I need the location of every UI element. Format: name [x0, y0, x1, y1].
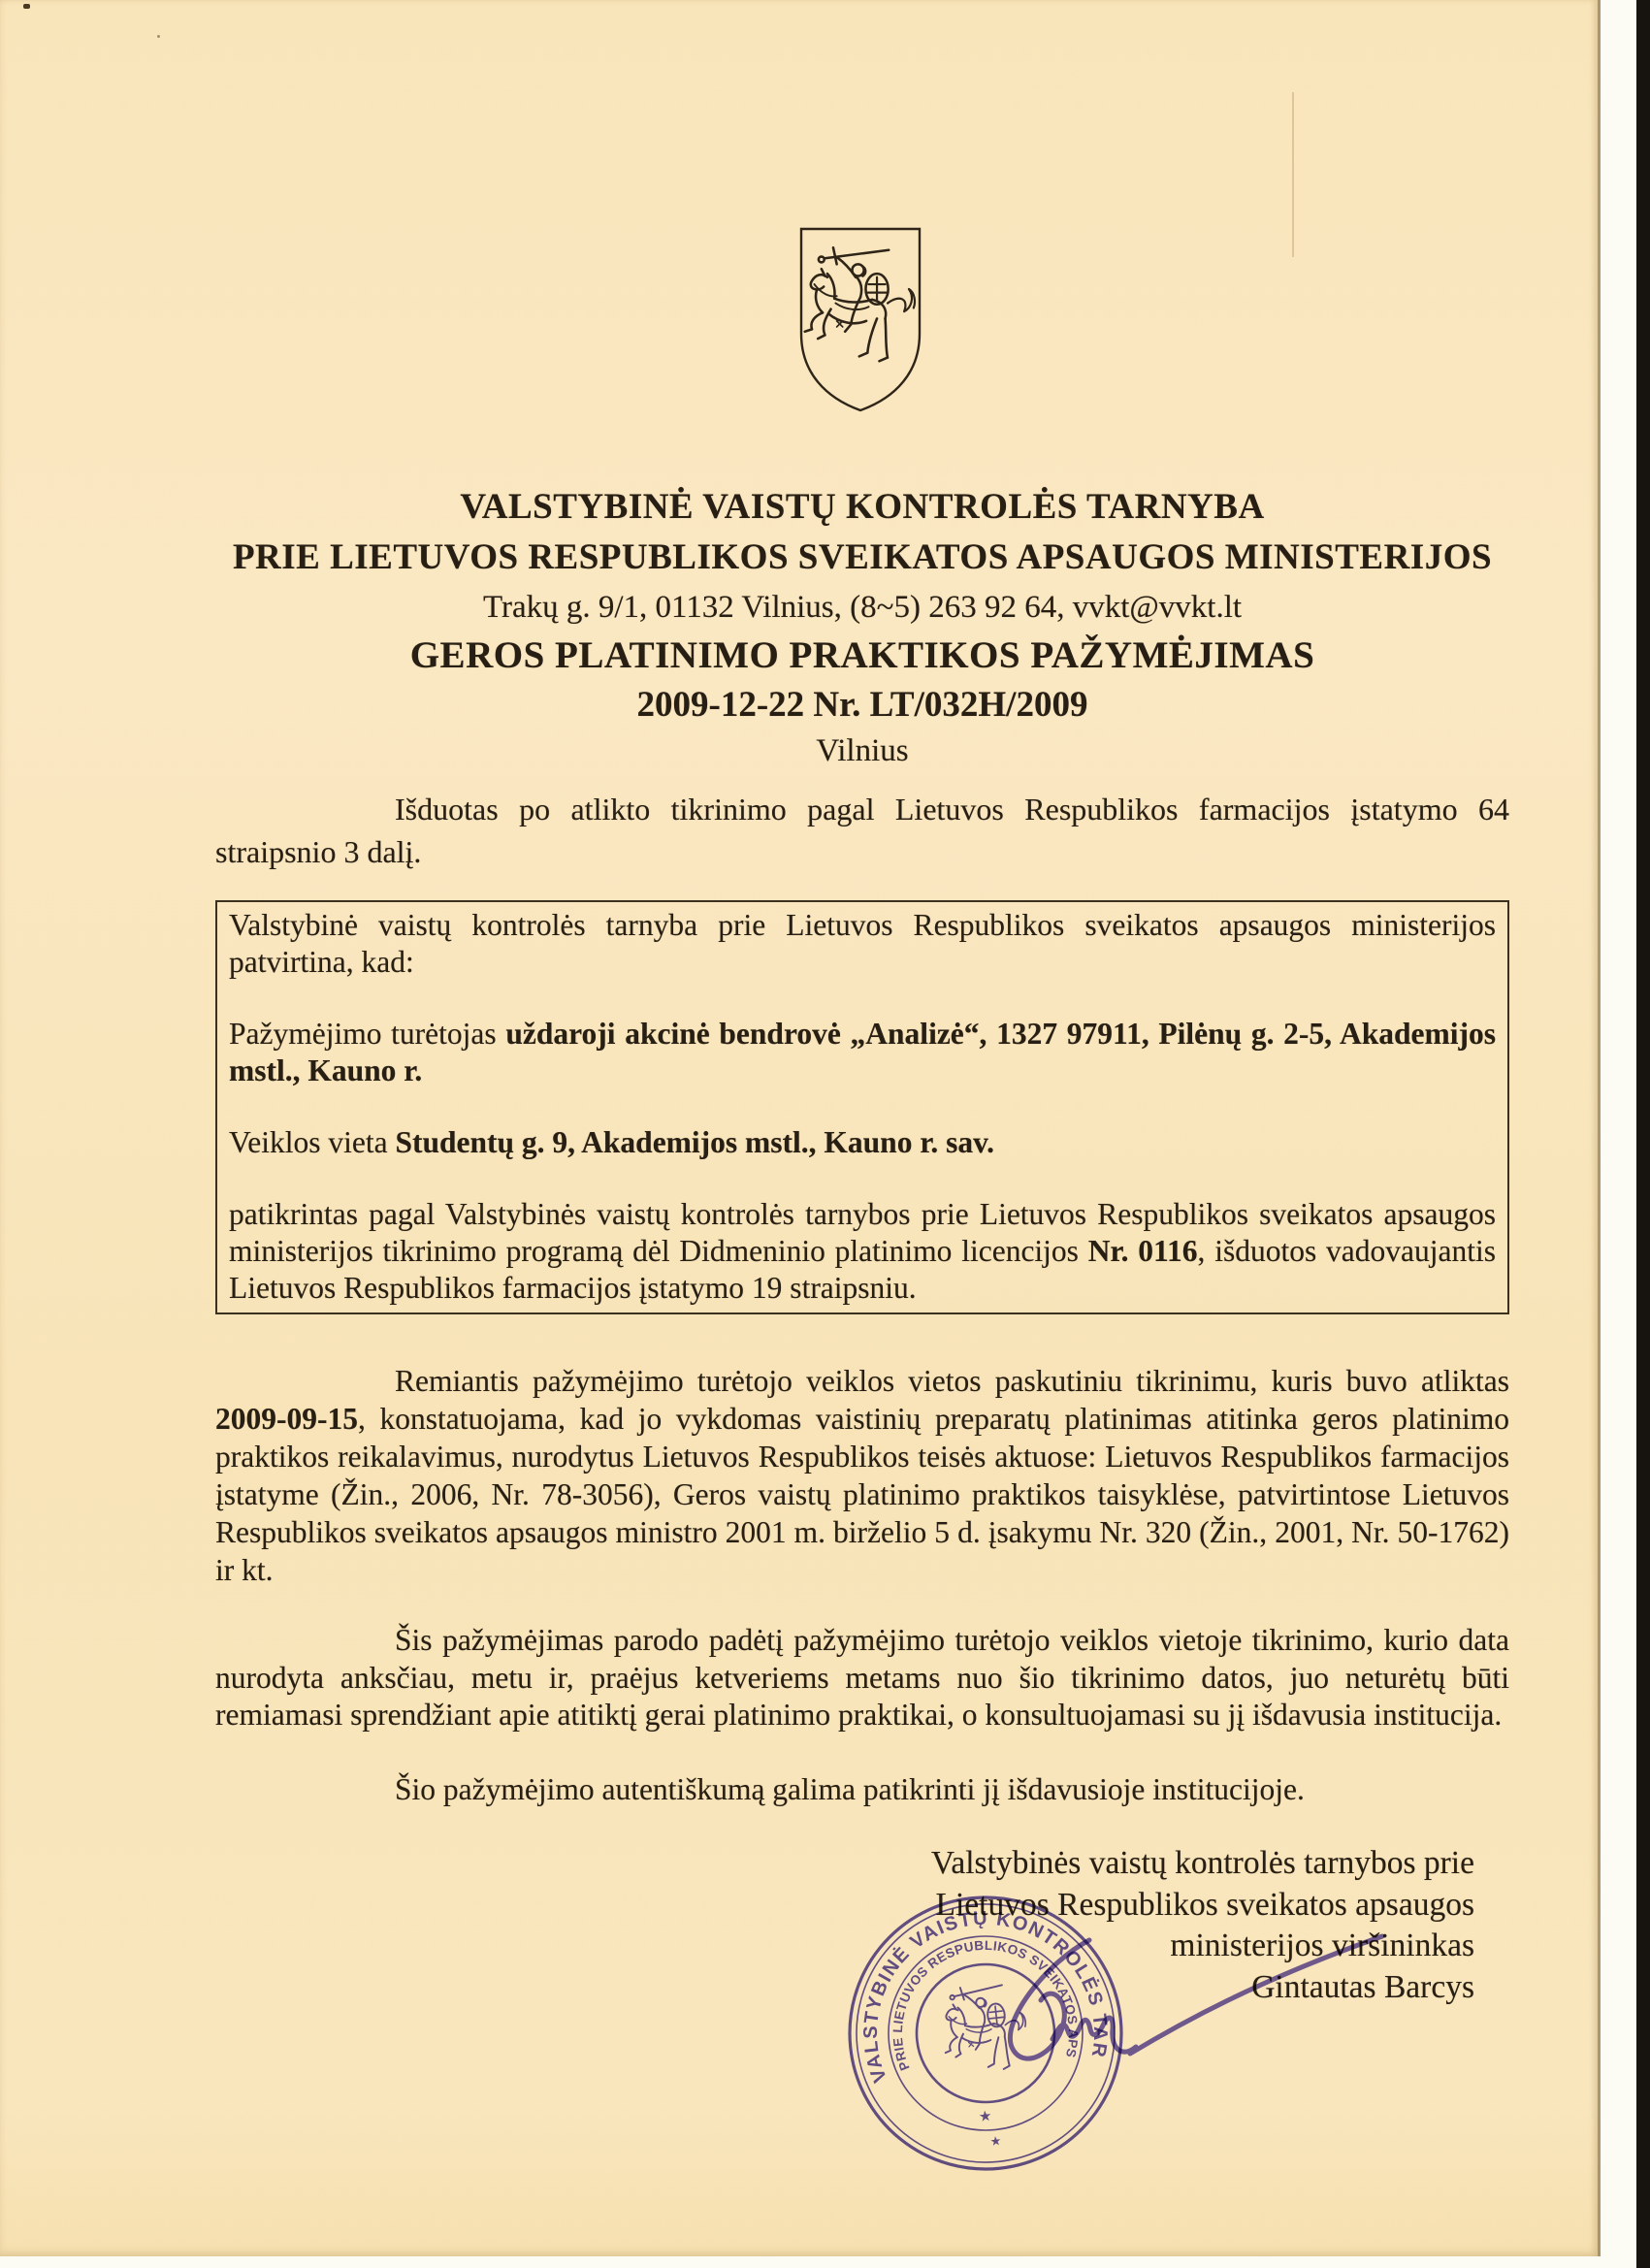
stamp-star-icon: ★	[978, 2109, 992, 2125]
license-number: Nr. 0116	[1088, 1234, 1198, 1268]
box-paragraph-confirms: Valstybinė vaistų kontrolės tarnyba prie…	[229, 907, 1496, 981]
stamp-star-icon: ★	[989, 2133, 1002, 2149]
inspection-text-prefix: Remiantis pažymėjimo turėtojo veiklos vi…	[395, 1364, 1509, 1398]
vytis-coat-of-arms-icon	[788, 219, 933, 423]
document-city: Vilnius	[215, 729, 1509, 773]
scanner-edge	[1636, 0, 1650, 2268]
document-title: GEROS PLATINIMO PRAKTIKOS PAŽYMĖJIMAS	[215, 631, 1509, 681]
document-title-block: GEROS PLATINIMO PRAKTIKOS PAŽYMĖJIMAS 20…	[215, 631, 1509, 773]
intro-paragraph: Išduotas po atlikto tikrinimo pagal Liet…	[215, 788, 1509, 873]
inspection-date: 2009-09-15	[215, 1402, 358, 1436]
signer-org-line1: Valstybinės vaistų kontrolės tarnybos pr…	[215, 1843, 1474, 1885]
org-name-line2: PRIE LIETUVOS RESPUBLIKOS SVEIKATOS APSA…	[215, 533, 1509, 583]
document-number: 2009-12-22 Nr. LT/032H/2009	[215, 681, 1509, 729]
holder-label: Pažymėjimo turėtojas	[229, 1017, 505, 1051]
org-name-line1: VALSTYBINĖ VAISTŲ KONTROLĖS TARNYBA	[215, 482, 1509, 533]
box-paragraph-holder: Pažymėjimo turėtojas uždaroji akcinė ben…	[229, 1016, 1496, 1089]
body-paragraph-inspection: Remiantis pažymėjimo turėtojo veiklos vi…	[215, 1362, 1509, 1589]
box-paragraph-license: patikrintas pagal Valstybinės vaistų kon…	[229, 1196, 1496, 1307]
org-address: Trakų g. 9/1, 01132 Vilnius, (8~5) 263 9…	[215, 583, 1509, 632]
scan-artifact-line	[1292, 92, 1294, 257]
site-label: Veiklos vieta	[229, 1125, 395, 1159]
certificate-paper: VALSTYBINĖ VAISTŲ KONTROLĖS TARNYBA PRIE…	[0, 0, 1601, 2256]
site-address: Studentų g. 9, Akademijos mstl., Kauno r…	[395, 1125, 994, 1159]
scan-speck	[23, 4, 30, 9]
body-paragraph-validity: Šis pažymėjimas parodo padėtį pažymėjimo…	[215, 1622, 1509, 1734]
body-paragraph-authenticity: Šio pažymėjimo autentiškumą galima patik…	[215, 1771, 1509, 1809]
org-header: VALSTYBINĖ VAISTŲ KONTROLĖS TARNYBA PRIE…	[215, 482, 1509, 632]
scan-speck	[157, 35, 160, 38]
certificate-box: Valstybinė vaistų kontrolės tarnyba prie…	[215, 900, 1509, 1314]
scanned-certificate: { "document_type": "scanned-certificate"…	[0, 0, 1650, 2268]
box-paragraph-site: Veiklos vieta Studentų g. 9, Akademijos …	[229, 1124, 1496, 1161]
inspection-text-suffix: , konstatuojama, kad jo vykdomas vaistin…	[215, 1402, 1509, 1587]
handwritten-signature-icon	[955, 1923, 1402, 2092]
